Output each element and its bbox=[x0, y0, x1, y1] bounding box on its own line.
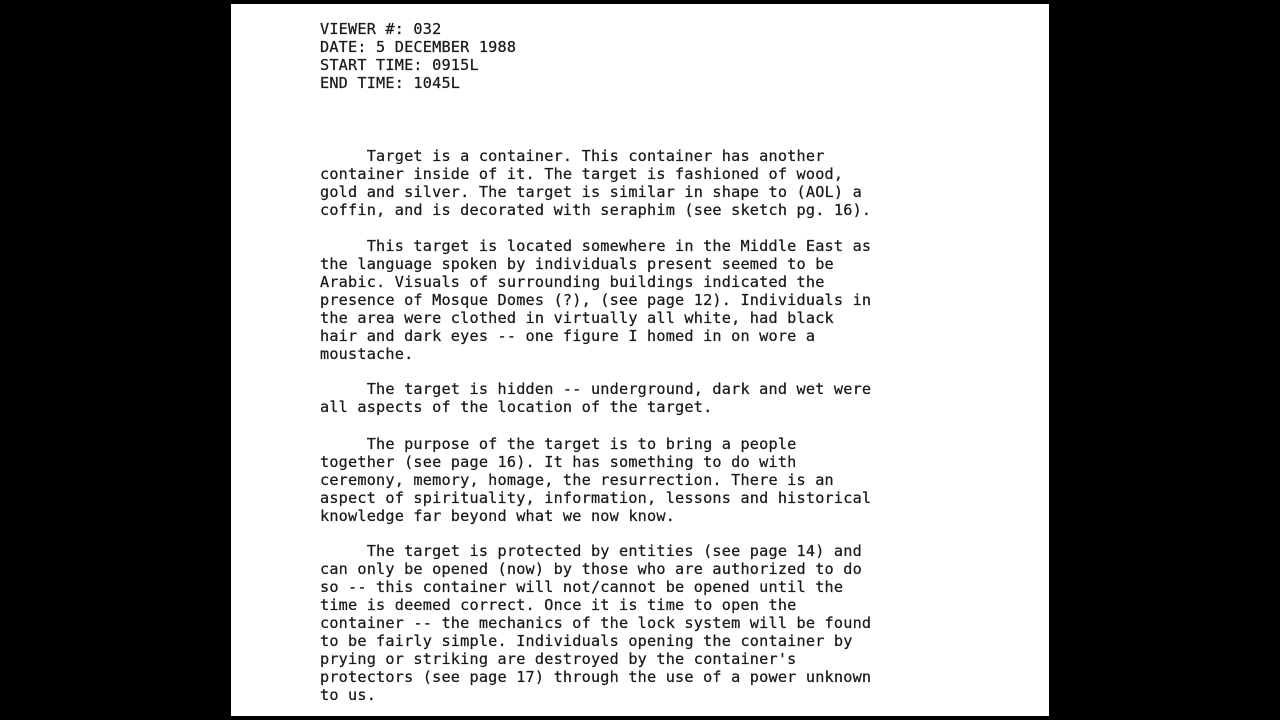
text-line: coffin, and is decorated with seraphim (… bbox=[320, 201, 871, 219]
document-page: VIEWER #: 032 DATE: 5 DECEMBER 1988 STAR… bbox=[231, 4, 1049, 716]
text-line: hair and dark eyes -- one figure I homed… bbox=[320, 327, 815, 345]
viewer-number: VIEWER #: 032 bbox=[320, 20, 441, 38]
text-line: prying or striking are destroyed by the … bbox=[320, 650, 797, 668]
text-line: the area were clothed in virtually all w… bbox=[320, 309, 834, 327]
text-line: aspect of spirituality, information, les… bbox=[320, 489, 871, 507]
text-line: presence of Mosque Domes (?), (see page … bbox=[320, 291, 871, 309]
text-line: gold and silver. The target is similar i… bbox=[320, 183, 862, 201]
text-line: so -- this container will not/cannot be … bbox=[320, 578, 843, 596]
text-line: The purpose of the target is to bring a … bbox=[320, 435, 797, 453]
text-line: can only be opened (now) by those who ar… bbox=[320, 560, 862, 578]
text-line: together (see page 16). It has something… bbox=[320, 453, 797, 471]
text-line: container inside of it. The target is fa… bbox=[320, 165, 843, 183]
start-time: START TIME: 0915L bbox=[320, 56, 479, 74]
text-line: to us. bbox=[320, 686, 376, 704]
text-line: ceremony, memory, homage, the resurrecti… bbox=[320, 471, 834, 489]
text-line: moustache. bbox=[320, 345, 413, 363]
text-line: the language spoken by individuals prese… bbox=[320, 255, 834, 273]
text-line: container -- the mechanics of the lock s… bbox=[320, 614, 871, 632]
text-line: protectors (see page 17) through the use… bbox=[320, 668, 871, 686]
text-line: time is deemed correct. Once it is time … bbox=[320, 596, 797, 614]
text-line: knowledge far beyond what we now know. bbox=[320, 507, 675, 525]
text-line: This target is located somewhere in the … bbox=[320, 237, 871, 255]
end-time: END TIME: 1045L bbox=[320, 74, 460, 92]
text-line: to be fairly simple. Individuals opening… bbox=[320, 632, 853, 650]
text-line: Arabic. Visuals of surrounding buildings… bbox=[320, 273, 825, 291]
text-line: The target is hidden -- underground, dar… bbox=[320, 380, 871, 398]
text-line: all aspects of the location of the targe… bbox=[320, 398, 712, 416]
text-line: Target is a container. This container ha… bbox=[320, 147, 825, 165]
text-line: The target is protected by entities (see… bbox=[320, 542, 862, 560]
session-date: DATE: 5 DECEMBER 1988 bbox=[320, 38, 516, 56]
